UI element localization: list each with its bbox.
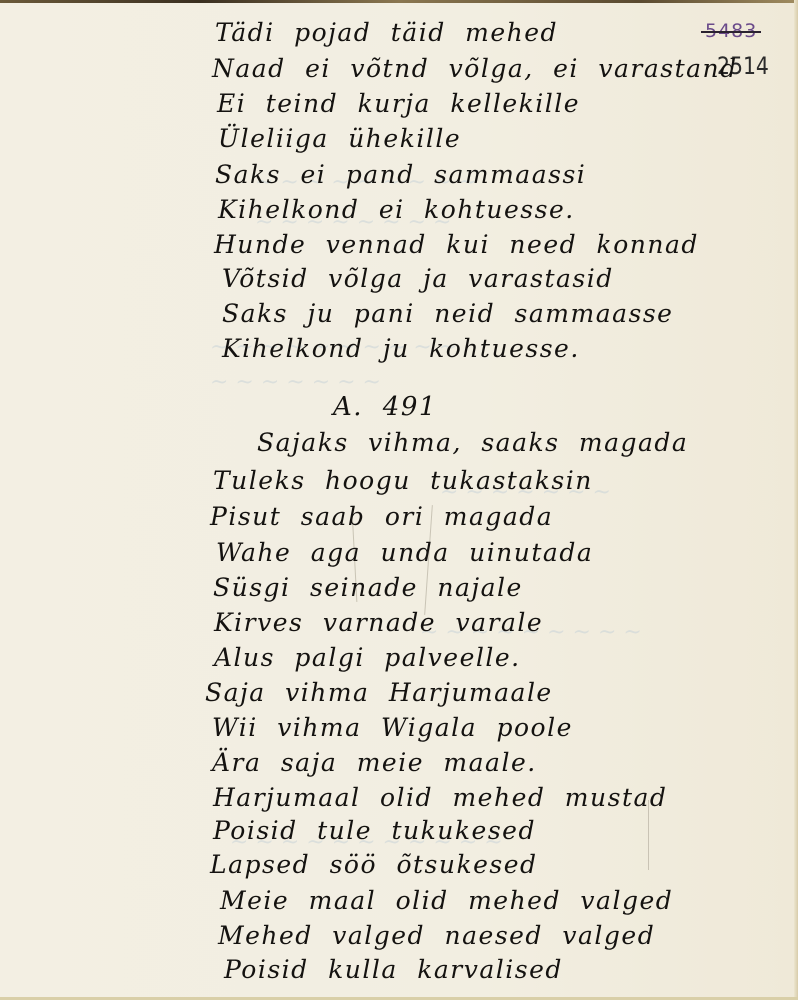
song-line: Ära saja meie maale.: [212, 748, 537, 777]
page-top-edge: [0, 0, 798, 3]
song-line: Tuleks hoogu tukastaksin: [213, 466, 593, 495]
song-number-heading: A. 491: [333, 392, 437, 422]
song-line: Saks ju pani neid sammaasse: [222, 299, 673, 328]
page-right-edge: [794, 0, 798, 1000]
song-line: Süsgi seinade najale: [213, 573, 523, 602]
song-line: Hunde vennad kui need konnad: [214, 230, 699, 259]
song-line: Tädi pojad täid mehed: [215, 18, 558, 47]
song-line: Naad ei võtnd võlga, ei varastand: [212, 54, 738, 83]
song-line: Võtsid võlga ja varastasid: [222, 264, 614, 293]
song-line: Sajaks vihma, saaks magada: [257, 428, 688, 457]
song-line: Kihelkond ei kohtuesse.: [218, 195, 575, 224]
manuscript-page: ~ ~ ~ ~ ~ ~ ~ ~ ~ ~ ~ ~ ~ ~ ~ ~ ~ ~ ~ ~ …: [0, 0, 798, 1000]
song-line: Meie maal olid mehed valged: [220, 886, 673, 915]
song-line: Kihelkond ju kohtuesse.: [222, 334, 580, 363]
song-line: Saks ei pand sammaassi: [215, 160, 586, 189]
song-line: Üleliiga ühekille: [218, 124, 461, 153]
song-line: Harjumaal olid mehed mustad: [213, 783, 667, 812]
song-line: Kirves varnade varale: [214, 608, 543, 637]
song-line: Ei teind kurja kellekille: [217, 89, 580, 118]
song-line: Wii vihma Wigala poole: [212, 713, 573, 742]
song-line: Saja vihma Harjumaale: [205, 678, 553, 707]
song-line: Lapsed söö õtsukesed: [210, 850, 538, 879]
song-line: Pisut saab ori magada: [210, 502, 553, 531]
song-line: Wahe aga unda uinutada: [216, 538, 593, 567]
archive-stamp-number: 5483: [705, 20, 757, 42]
song-line: Mehed valged naesed valged: [218, 921, 655, 950]
song-line: Poisid tule tukukesed: [213, 816, 536, 845]
song-line: Alus palgi palveelle.: [214, 643, 521, 672]
song-line: Poisid kulla karvalised: [224, 955, 563, 984]
